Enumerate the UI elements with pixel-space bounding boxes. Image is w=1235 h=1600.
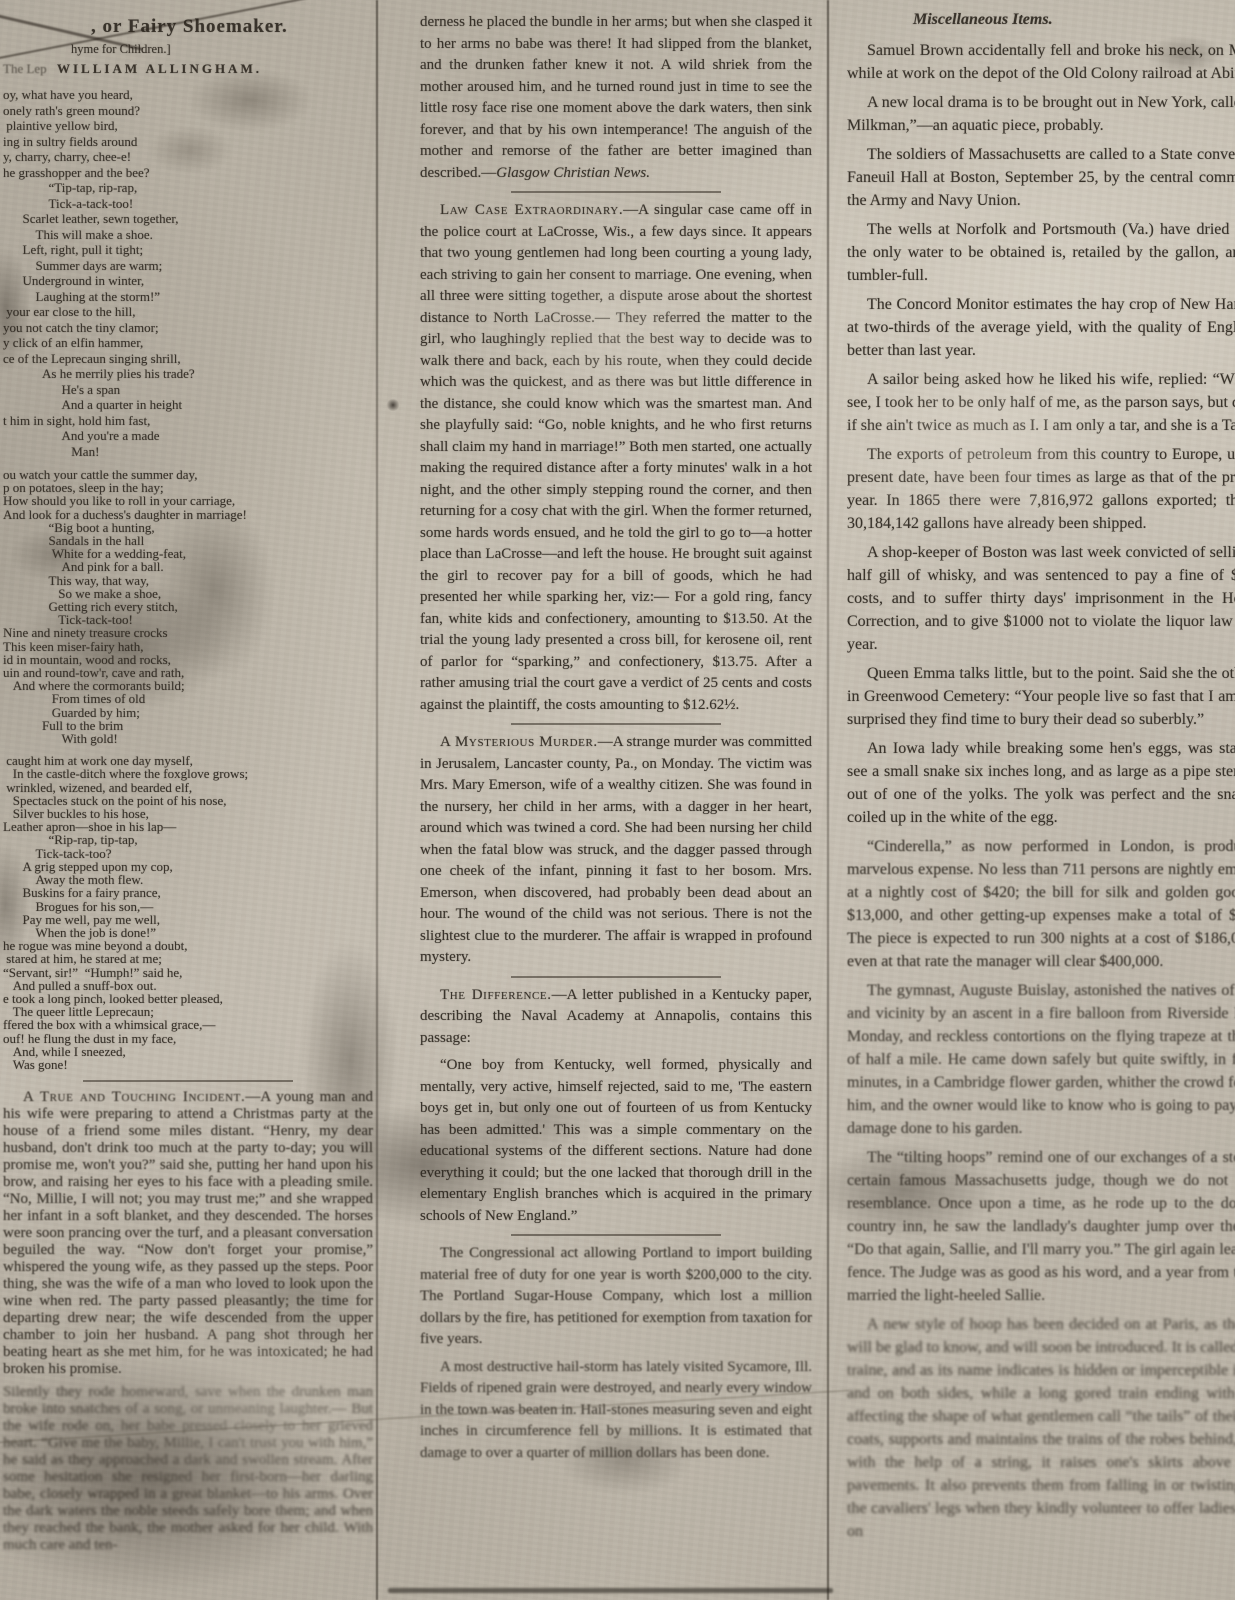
misc-item-local-drama: A new local drama is to be brought out i… [847, 91, 1235, 137]
article-true-incident-continued: Silently they rode homeward, save when t… [3, 1384, 373, 1554]
right-column: Miscellaneous Items. Samuel Brown accide… [847, 0, 1235, 1549]
misc-item-tilting-hoops: The “tilting hoops” remind one of our ex… [847, 1146, 1235, 1307]
column-rule-left [376, 0, 378, 1600]
misc-items-header: Miscellaneous Items. [913, 8, 1235, 31]
column-rule-right [827, 0, 829, 1600]
section-divider [511, 191, 721, 193]
poem-stanza-2: ou watch your cattle the summer day, p o… [3, 468, 373, 745]
misc-item-iowa-snake-egg: An Iowa lady while breaking some hen's e… [847, 737, 1235, 829]
article-true-incident: A True and Touching Incident.—A young ma… [3, 1089, 373, 1378]
news-hailstorm: A most destructive hail-storm has lately… [420, 1357, 812, 1465]
poem-title: , or Fairy Shoemaker. [91, 16, 373, 38]
article-true-incident-lead: A True and Touching Incident. [23, 1089, 245, 1105]
article-law-case-lead: Law Case Extraordinary. [440, 202, 623, 218]
article-mysterious-murder: A Mysterious Murder.—A strange murder wa… [420, 732, 812, 969]
article-difference-quote: “One boy from Kentucky, well formed, phy… [420, 1055, 812, 1227]
section-divider [511, 976, 721, 978]
middle-column: derness he placed the bundle in her arms… [420, 0, 812, 1470]
story-continuation-text: derness he placed the bundle in her arms… [420, 14, 812, 181]
left-column: , or Fairy Shoemaker. hyme for Children.… [3, 0, 373, 1560]
misc-item-cinderella: “Cinderella,” as now performed in London… [847, 835, 1235, 973]
article-mysterious-murder-lead: A Mysterious Murder. [440, 734, 598, 750]
section-divider [511, 1234, 721, 1236]
article-true-incident-text: —A young man and his wife were preparing… [3, 1089, 373, 1377]
poem-stanza-1: oy, what have you heard, onely rath's gr… [3, 87, 373, 459]
section-divider [511, 723, 721, 725]
newspaper-page: , or Fairy Shoemaker. hyme for Children.… [0, 0, 1235, 1600]
story-continuation: derness he placed the bundle in her arms… [420, 12, 812, 184]
article-law-case-text: —A singular case came off in the police … [420, 202, 812, 713]
misc-item-soldiers-convention: The soldiers of Massachusetts are called… [847, 143, 1235, 212]
article-law-case: Law Case Extraordinary.—A singular case … [420, 200, 812, 716]
news-congressional-act: The Congressional act allowing Portland … [420, 1243, 812, 1351]
misc-item-samuel-brown: Samuel Brown accidentally fell and broke… [847, 39, 1235, 85]
article-mysterious-murder-text: —A strange murder was committed in Jerus… [420, 734, 812, 965]
misc-item-petroleum-exports: The exports of petroleum from this count… [847, 443, 1235, 535]
misc-item-concord-monitor: The Concord Monitor estimates the hay cr… [847, 293, 1235, 362]
page-bottom-edge [388, 1588, 833, 1593]
misc-item-new-hoop-style: A new style of hoop has been decided on … [847, 1313, 1235, 1543]
misc-item-gymnast-buislay: The gymnast, Auguste Buislay, astonished… [847, 979, 1235, 1140]
article-difference-lead: The Difference. [440, 987, 552, 1003]
misc-item-queen-emma: Queen Emma talks little, but to the poin… [847, 662, 1235, 731]
poem-author: WILLIAM ALLINGHAM. [57, 61, 262, 77]
poem-stanza-3: caught him at work one day myself, In th… [3, 754, 373, 1071]
crease-ghost-text: The Lep [3, 61, 47, 77]
misc-item-sailor-wife: A sailor being asked how he liked his wi… [847, 368, 1235, 437]
poem-byline-row: The Lep WILLIAM ALLINGHAM. [3, 59, 373, 79]
story-source: Glasgow Christian News. [496, 165, 650, 181]
poem-subtitle: hyme for Children.] [71, 42, 373, 57]
section-divider [83, 1080, 293, 1082]
misc-item-norfolk-wells: The wells at Norfolk and Portsmouth (Va.… [847, 218, 1235, 287]
article-difference: The Difference.—A letter published in a … [420, 985, 812, 1050]
misc-item-boston-shopkeeper: A shop-keeper of Boston was last week co… [847, 541, 1235, 656]
